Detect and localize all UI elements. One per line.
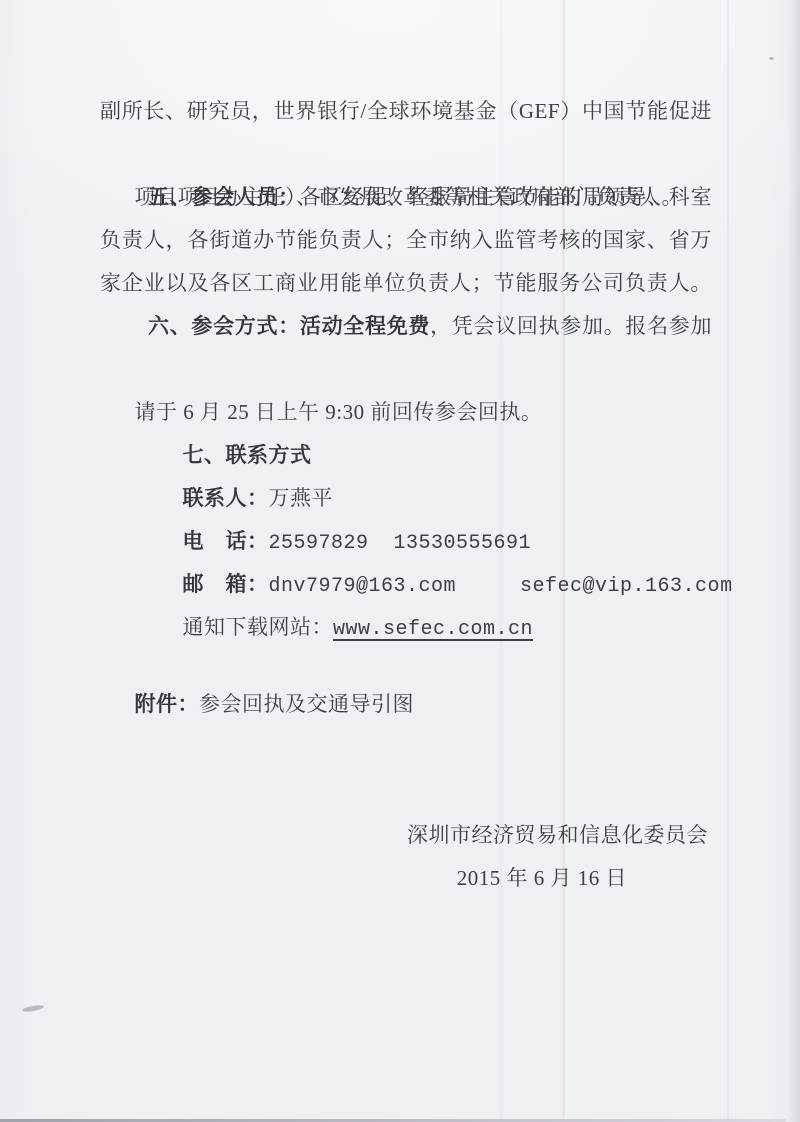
contact-name-label: 联系人：: [183, 486, 269, 510]
contact-name-value: 万燕平: [269, 486, 334, 510]
section-6-heading: 六、参会方式：: [148, 314, 300, 338]
section-7-heading: 七、联系方式: [183, 443, 312, 467]
paper-edge-shadow: [788, 0, 800, 1122]
scanned-page: 副所长、研究员，世界银行/全球环境基金（GEF）中国节能促进 项目项目办主任）、…: [0, 0, 800, 1122]
section-6-bold-text: 活动全程免费: [300, 314, 430, 338]
contact-email-2: sefec@vip.163.com: [520, 575, 733, 598]
body-text: 家企业以及各区工商业用能单位负责人；节能服务公司负责人。: [100, 271, 712, 295]
body-text: ，凭会议回执参加。报名参加: [430, 314, 712, 338]
contact-email-label: 邮 箱：: [183, 572, 269, 596]
scan-streak: [727, 0, 729, 1122]
section-6-line-1: 六、参会方式：活动全程免费，凭会议回执参加。报名参加: [100, 305, 712, 348]
paragraph-continuation-line-1: 副所长、研究员，世界银行/全球环境基金（GEF）中国节能促进: [100, 90, 712, 133]
body-text: 请于 6 月 25 日上午 9:30 前回传参会回执。: [135, 400, 543, 424]
signature-organization: 深圳市经济贸易和信息化委员会: [100, 771, 712, 814]
attachment-label: 附件：: [135, 692, 200, 716]
signature-date-text: 2015 年 6 月 16 日: [457, 866, 627, 890]
attachment-text: 参会回执及交通导引图: [199, 692, 414, 716]
pencil-smudge: [22, 1004, 45, 1013]
contact-phone-label: 电 话：: [183, 529, 269, 553]
body-text: 副所长、研究员，世界银行/全球环境基金（GEF）中国节能促进: [100, 99, 712, 123]
scan-speck: [769, 57, 774, 60]
section-5-line-1: 五、参会人员：各区经促、经服局主管节能的局领导、科室: [100, 176, 712, 219]
contact-phone-numbers: 25597829 13530555691: [269, 532, 532, 555]
body-text: 各区经促、经服局主管节能的局领导、科室: [300, 185, 712, 209]
body-text: 负责人，各街道办节能负责人；全市纳入监管考核的国家、省万: [100, 228, 712, 252]
website-label: 通知下载网站：: [183, 615, 334, 639]
section-5-line-2: 负责人，各街道办节能负责人；全市纳入监管考核的国家、省万: [100, 219, 712, 262]
section-6-line-2: 请于 6 月 25 日上午 9:30 前回传参会回执。: [100, 348, 712, 391]
website-url: www.sefec.com.cn: [333, 618, 533, 641]
section-5-heading: 五、参会人员：: [148, 185, 300, 209]
section-5-line-3: 家企业以及各区工商业用能单位负责人；节能服务公司负责人。: [100, 262, 712, 305]
document-body: 副所长、研究员，世界银行/全球环境基金（GEF）中国节能促进 项目项目办主任）、…: [100, 90, 712, 857]
contact-email-1: dnv7979@163.com: [269, 575, 457, 598]
signature-org-text: 深圳市经济贸易和信息化委员会: [407, 823, 708, 847]
paragraph-continuation-line-2: 项目项目办主任）、市发展改革委等相关政府部门负责人。: [100, 133, 712, 176]
